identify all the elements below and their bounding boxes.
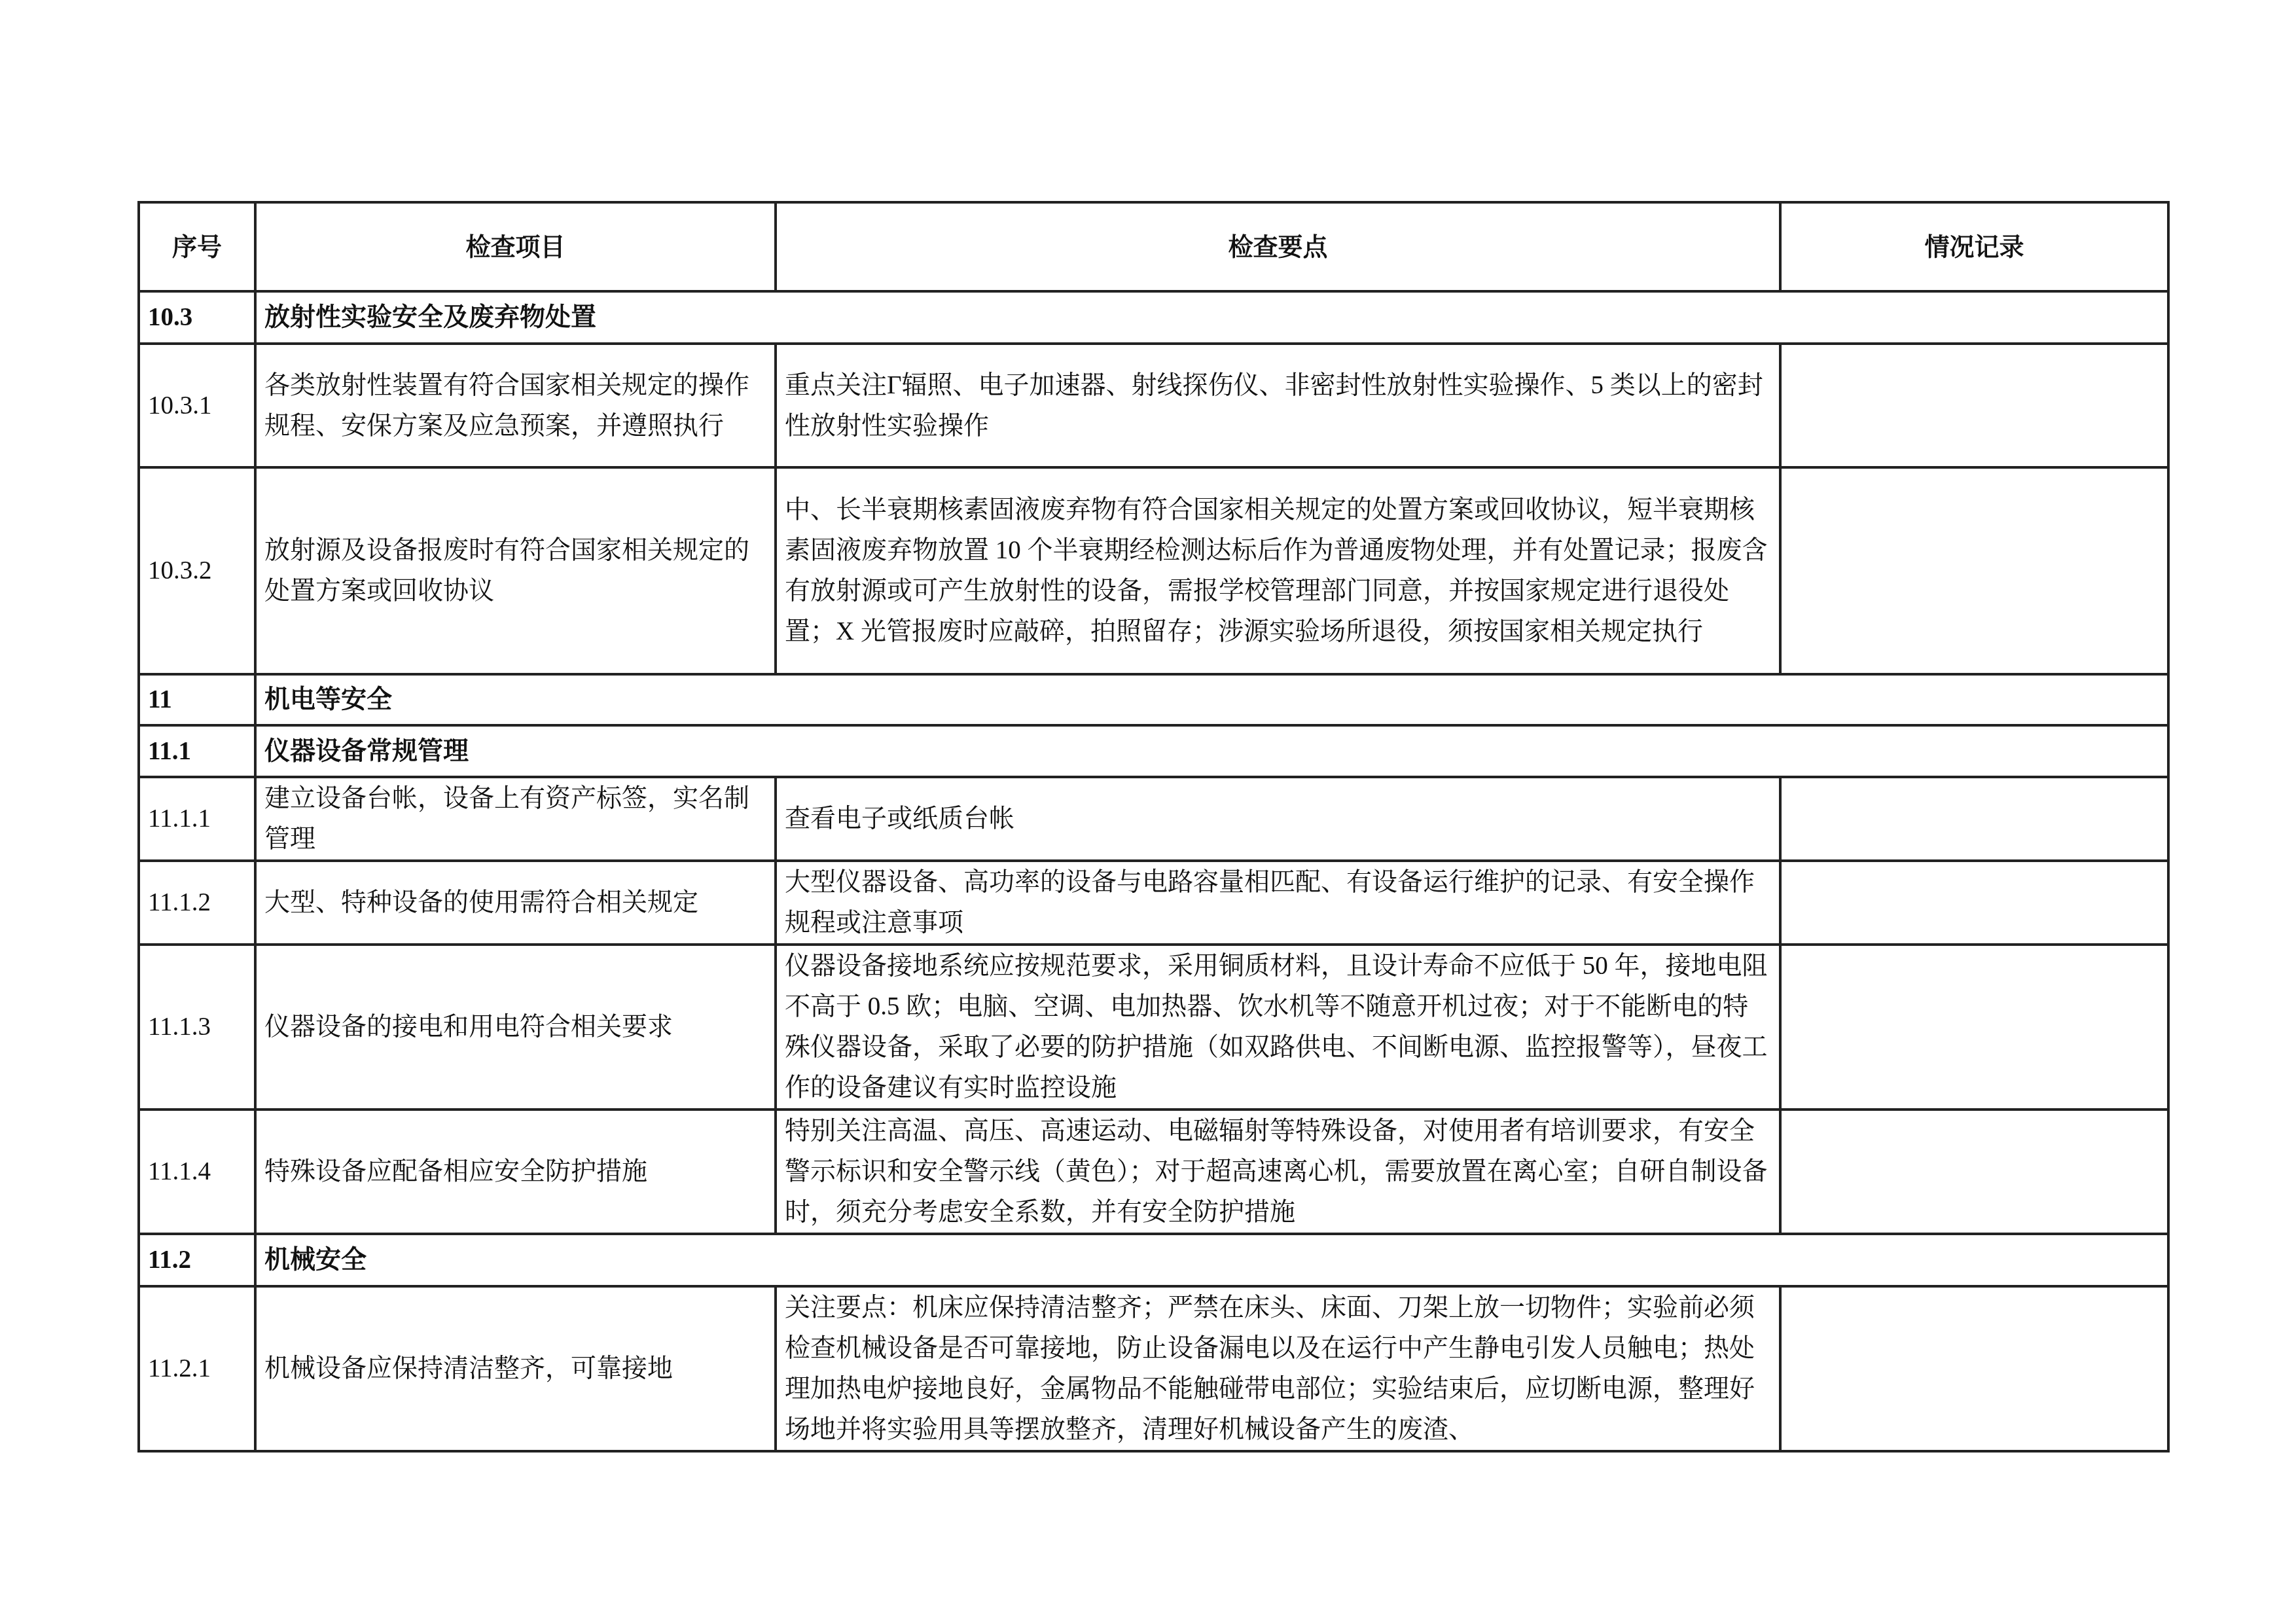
row-item: 仪器设备的接电和用电符合相关要求: [255, 945, 776, 1110]
row-points: 重点关注Γ辐照、电子加速器、射线探伤仪、非密封性放射性实验操作、5 类以上的密封…: [776, 344, 1780, 467]
row-id: 11.1.4: [139, 1110, 255, 1234]
row-id: 11.2.1: [139, 1286, 255, 1451]
row-item: 建立设备台帐，设备上有资产标签，实名制管理: [255, 777, 776, 861]
table-row: 11.1.3 仪器设备的接电和用电符合相关要求 仪器设备接地系统应按规范要求，采…: [139, 945, 2168, 1110]
header-item: 检查项目: [255, 202, 776, 291]
header-row: 序号 检查项目 检查要点 情况记录: [139, 202, 2168, 291]
row-item: 机械设备应保持清洁整齐，可靠接地: [255, 1286, 776, 1451]
section-row: 11.1 仪器设备常规管理: [139, 725, 2168, 777]
row-item: 特殊设备应配备相应安全防护措施: [255, 1110, 776, 1234]
row-points: 关注要点：机床应保持清洁整齐；严禁在床头、床面、刀架上放一切物件；实验前必须检查…: [776, 1286, 1780, 1451]
inspection-table: 序号 检查项目 检查要点 情况记录 10.3 放射性实验安全及废弃物处置 10.…: [137, 201, 2170, 1453]
row-record[interactable]: [1780, 1110, 2168, 1234]
section-title: 机械安全: [255, 1234, 2168, 1286]
row-record[interactable]: [1780, 945, 2168, 1110]
section-row: 11.2 机械安全: [139, 1234, 2168, 1286]
section-row: 11 机电等安全: [139, 674, 2168, 725]
row-record[interactable]: [1780, 467, 2168, 674]
row-id: 10.3.2: [139, 467, 255, 674]
row-points: 仪器设备接地系统应按规范要求，采用铜质材料，且设计寿命不应低于 50 年，接地电…: [776, 945, 1780, 1110]
section-title: 机电等安全: [255, 674, 2168, 725]
section-row: 10.3 放射性实验安全及废弃物处置: [139, 291, 2168, 344]
row-points: 特别关注高温、高压、高速运动、电磁辐射等特殊设备，对使用者有培训要求，有安全警示…: [776, 1110, 1780, 1234]
section-title: 仪器设备常规管理: [255, 725, 2168, 777]
row-points: 查看电子或纸质台帐: [776, 777, 1780, 861]
section-id: 11.1: [139, 725, 255, 777]
row-points: 大型仪器设备、高功率的设备与电路容量相匹配、有设备运行维护的记录、有安全操作规程…: [776, 861, 1780, 945]
table-row: 11.1.4 特殊设备应配备相应安全防护措施 特别关注高温、高压、高速运动、电磁…: [139, 1110, 2168, 1234]
header-record: 情况记录: [1780, 202, 2168, 291]
header-serial: 序号: [139, 202, 255, 291]
header-points: 检查要点: [776, 202, 1780, 291]
row-id: 11.1.2: [139, 861, 255, 945]
row-id: 11.1.3: [139, 945, 255, 1110]
table-row: 11.2.1 机械设备应保持清洁整齐，可靠接地 关注要点：机床应保持清洁整齐；严…: [139, 1286, 2168, 1451]
section-id: 11: [139, 674, 255, 725]
row-record[interactable]: [1780, 777, 2168, 861]
section-id: 10.3: [139, 291, 255, 344]
row-id: 10.3.1: [139, 344, 255, 467]
row-points: 中、长半衰期核素固液废弃物有符合国家相关规定的处置方案或回收协议，短半衰期核素固…: [776, 467, 1780, 674]
row-item: 各类放射性装置有符合国家相关规定的操作规程、安保方案及应急预案，并遵照执行: [255, 344, 776, 467]
section-title: 放射性实验安全及废弃物处置: [255, 291, 2168, 344]
row-item: 大型、特种设备的使用需符合相关规定: [255, 861, 776, 945]
row-item: 放射源及设备报废时有符合国家相关规定的处置方案或回收协议: [255, 467, 776, 674]
row-record[interactable]: [1780, 1286, 2168, 1451]
section-id: 11.2: [139, 1234, 255, 1286]
table-row: 10.3.2 放射源及设备报废时有符合国家相关规定的处置方案或回收协议 中、长半…: [139, 467, 2168, 674]
table-row: 10.3.1 各类放射性装置有符合国家相关规定的操作规程、安保方案及应急预案，并…: [139, 344, 2168, 467]
table-row: 11.1.1 建立设备台帐，设备上有资产标签，实名制管理 查看电子或纸质台帐: [139, 777, 2168, 861]
row-record[interactable]: [1780, 344, 2168, 467]
table-row: 11.1.2 大型、特种设备的使用需符合相关规定 大型仪器设备、高功率的设备与电…: [139, 861, 2168, 945]
row-id: 11.1.1: [139, 777, 255, 861]
row-record[interactable]: [1780, 861, 2168, 945]
